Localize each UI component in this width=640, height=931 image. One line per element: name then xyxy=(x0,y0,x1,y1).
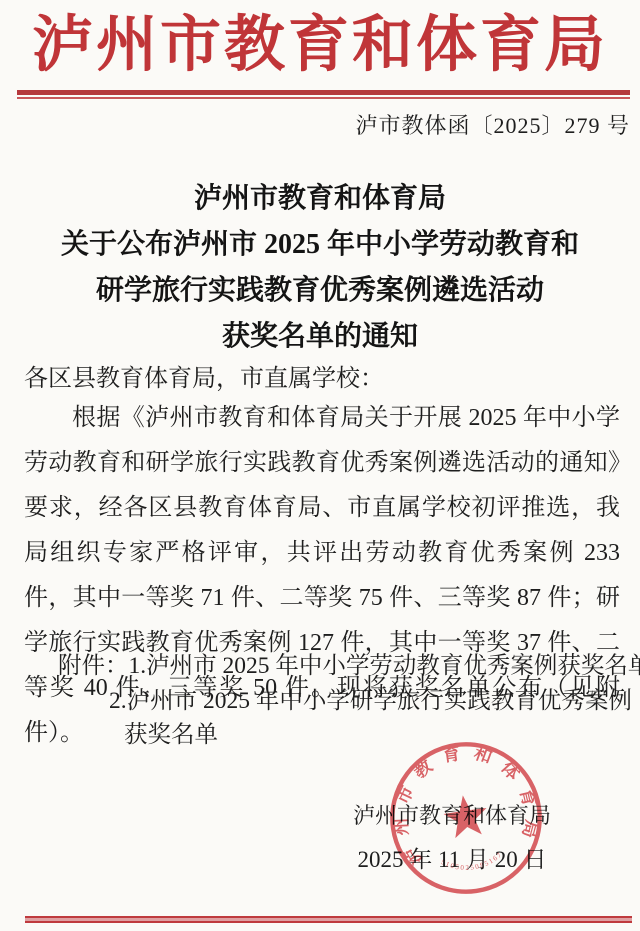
official-seal: 泸州市教育和体育局 5105025085167 xyxy=(372,724,559,911)
notice-title: 泸州市教育和体育局 关于公布泸州市 2025 年中小学劳动教育和 研学旅行实践教… xyxy=(0,176,640,360)
attachment-item-2-continuation: 获奖名单 xyxy=(58,718,640,753)
notice-title-line-1: 泸州市教育和体育局 xyxy=(0,176,640,222)
notice-title-line-3: 研学旅行实践教育优秀案例遴选活动 xyxy=(0,268,640,314)
attachment-item-1: 附件：1.泸州市 2025 年中小学劳动教育优秀案例获奖名单 xyxy=(58,649,640,684)
star-icon xyxy=(441,792,490,839)
footer-red-rule xyxy=(25,916,632,923)
attachments-label: 附件： xyxy=(58,653,129,679)
seal-serial-text-path: 5105025085167 xyxy=(439,850,506,876)
notice-title-line-4: 获奖名单的通知 xyxy=(0,314,640,360)
attachments-list: 附件：1.泸州市 2025 年中小学劳动教育优秀案例获奖名单 2.泸州市 202… xyxy=(58,649,640,753)
seal-serial-number: 5105025085167 xyxy=(439,850,506,876)
document-number: 泸市教体函〔2025〕279 号 xyxy=(355,109,630,140)
attachment-item-1-text: 1.泸州市 2025 年中小学劳动教育优秀案例获奖名单 xyxy=(129,653,640,679)
letterhead-red-rule xyxy=(17,90,630,99)
official-notice-page: 泸州市教育和体育局 泸市教体函〔2025〕279 号 泸州市教育和体育局 关于公… xyxy=(0,0,640,931)
salutation: 各区县教育体育局，市直属学校： xyxy=(24,358,384,393)
notice-title-line-2: 关于公布泸州市 2025 年中小学劳动教育和 xyxy=(0,222,640,268)
letterhead-agency-name: 泸州市教育和体育局 xyxy=(0,2,640,90)
attachment-item-2: 2.泸州市 2025 年中小学研学旅行实践教育优秀案例 xyxy=(58,684,640,719)
